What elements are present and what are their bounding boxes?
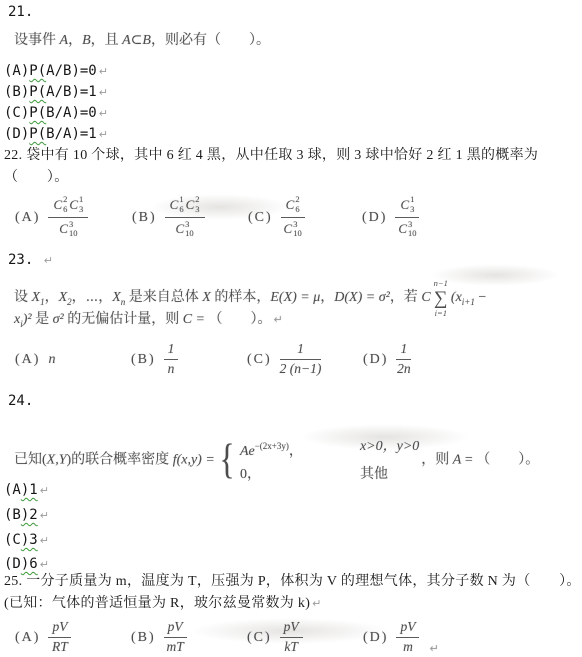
math-var: X	[112, 290, 121, 305]
q25-option-b: (B)pVmT	[131, 616, 187, 657]
combination-symbol: C310	[176, 220, 194, 240]
grammar-underline-text: )3	[21, 532, 38, 548]
q21-option-d: (D)P(B/A)=1↵	[4, 125, 108, 144]
stem-text: ，且	[91, 33, 123, 48]
combination-symbol: C13	[400, 195, 414, 215]
q24-number: 24.	[8, 392, 33, 411]
case-comma: ，	[289, 444, 303, 459]
math-var: A	[60, 33, 69, 48]
piecewise-function: {Ae−(2x+3y)，x>0，y>00，其他	[217, 437, 420, 484]
q21-number: 21.	[8, 3, 33, 22]
case-expression: 0，	[240, 465, 360, 484]
fraction-numerator: 1	[280, 341, 322, 359]
fraction-denominator: C310	[165, 218, 205, 240]
fraction: pVm	[396, 619, 419, 654]
q22-option-b: (B) C16C23 C310	[132, 190, 205, 244]
q22-stem-line1: 22. 袋中有 10 个球，其中 6 红 4 黑，从中任取 3 球，则 3 球中…	[4, 146, 538, 165]
stem-text: 设	[14, 290, 32, 305]
stem-text: 已知(	[14, 453, 47, 468]
option-body: A/B)=0	[46, 63, 97, 79]
q24-stem: 已知(X,Y)的联合概率密度 f(x,y) ={Ae−(2x+3y)，x>0，y…	[14, 437, 539, 484]
q25-stem-line2: (已知：气体的普适恒量为 R，玻尔兹曼常数为 k)↵	[4, 594, 322, 613]
math-expression: )²	[23, 312, 32, 327]
return-mark-icon: ↵	[99, 128, 108, 141]
summation-symbol: n−1∑i=1	[434, 279, 448, 317]
combination-symbol: C310	[59, 220, 77, 240]
fraction: 1n	[164, 341, 179, 376]
option-label: (A)	[15, 628, 40, 647]
question-number: 23.	[8, 252, 33, 268]
return-mark-icon: ↵	[40, 509, 49, 522]
option-prefix: (B	[4, 507, 21, 523]
q23-option-d: (D)12n	[363, 338, 411, 380]
combination-symbol: C13	[69, 195, 83, 215]
fraction-numerator: C13	[395, 195, 419, 218]
fraction: pVRT	[48, 619, 71, 654]
q22-stem-line2: （ ）。	[4, 168, 69, 187]
comb-base: C	[176, 221, 185, 237]
option-label: (B)	[131, 628, 156, 647]
option-body: A/B)=1	[46, 84, 97, 100]
fraction-numerator: pV	[280, 619, 303, 637]
combination-symbol: C16	[170, 195, 184, 215]
stem-text: )的联合概率密度	[67, 453, 173, 468]
comb-base: C	[186, 197, 195, 213]
return-mark-icon: ↵	[99, 107, 108, 120]
comb-sub: 3	[195, 205, 199, 215]
math-expression: A⊂B	[122, 33, 151, 48]
option-label: (A)	[15, 350, 40, 369]
comb-sub: 6	[295, 205, 299, 215]
fraction-denominator: RT	[48, 638, 71, 655]
fraction-denominator: mT	[164, 638, 187, 655]
q22-option-a: (A) C26C13 C310	[15, 190, 88, 244]
q21-option-c: (C)P(B/A)=0↵	[4, 104, 108, 123]
comb-base: C	[286, 197, 295, 213]
return-mark-icon: ↵	[274, 313, 283, 326]
fraction: pVkT	[280, 619, 303, 654]
q23-option-c: (C)12 (n−1)	[247, 338, 321, 380]
fraction-denominator: C310	[48, 218, 88, 240]
grammar-underline-text: )6	[21, 556, 38, 572]
fraction-denominator: C310	[395, 218, 419, 240]
return-mark-icon: ↵	[312, 597, 322, 610]
option-prefix: (C)	[4, 105, 29, 121]
fraction-numerator: 1	[396, 341, 411, 359]
q23-stem-line2: xi)² 是 σ² 的无偏估计量，则 C = （ ）。↵	[14, 310, 283, 334]
return-mark-icon: ↵	[40, 534, 49, 547]
q25-stem-line1: 25. 一分子质量为 m，温度为 T，压强为 P，体积为 V 的理想气体，其分子…	[4, 572, 581, 591]
subscript: i+1	[462, 297, 475, 307]
exam-document-page: 21. 设事件 A，B，且 A⊂B，则必有（ ）。 (A)P(A/B)=0↵ (…	[0, 0, 582, 657]
fraction-denominator: 2 (n−1)	[280, 360, 322, 377]
math-var: C	[421, 290, 430, 305]
case-condition: 其他	[360, 465, 388, 484]
math-var: X	[59, 290, 68, 305]
option-label: (B)	[131, 350, 156, 369]
option-prefix: (C	[4, 532, 21, 548]
comb-sub: 10	[69, 229, 78, 239]
stem-text: = （ ）。	[461, 453, 539, 468]
fraction: C26C13 C310	[48, 195, 88, 239]
stem-text: （ ）。	[209, 312, 272, 327]
sum-upper-limit: n−1	[434, 279, 448, 288]
math-expression: D(X) = σ²	[334, 290, 390, 305]
fraction-denominator: n	[164, 360, 179, 377]
fraction: 12 (n−1)	[280, 341, 322, 376]
fraction-numerator: pV	[396, 619, 419, 637]
math-var: X,Y	[47, 453, 67, 468]
option-prefix: (B)	[4, 84, 29, 100]
stem-text: ，	[45, 290, 59, 305]
return-mark-icon: ↵	[99, 65, 108, 78]
combination-symbol: C26	[286, 195, 300, 215]
return-mark-icon: ↵	[40, 558, 49, 571]
grammar-underline-text: )1	[21, 482, 38, 498]
stem-text: ，则必有（ ）。	[151, 33, 270, 48]
combination-symbol: C310	[398, 220, 416, 240]
math-expression: −	[475, 290, 486, 305]
math-expression: σ²	[53, 312, 64, 327]
comb-base: C	[53, 197, 62, 213]
fraction-numerator: C26C13	[48, 195, 88, 218]
q23-number: 23. ↵	[8, 251, 53, 270]
math-expression: C =	[183, 312, 209, 327]
case-expression: Ae	[240, 444, 255, 459]
left-brace: {	[219, 442, 234, 480]
fraction-numerator: 1	[164, 341, 179, 359]
q24-option-a: (A)1↵	[4, 481, 49, 500]
stem-text: ，若	[390, 290, 422, 305]
fraction: 12n	[396, 341, 411, 376]
stem-text: ，则	[421, 453, 453, 468]
math-var: B	[82, 33, 91, 48]
stem-text: 的无偏估计量，则	[64, 312, 183, 327]
comb-sub: 10	[185, 229, 194, 239]
stem-text: 的样本，	[211, 290, 271, 305]
sigma-icon: ∑	[434, 288, 448, 309]
math-var: X	[202, 290, 211, 305]
option-prefix: (A)	[4, 63, 29, 79]
comb-base: C	[170, 197, 179, 213]
q21-option-b: (B)P(A/B)=1↵	[4, 83, 108, 102]
math-var: X	[32, 290, 41, 305]
option-label: (D)	[363, 628, 388, 647]
comb-base: C	[69, 197, 78, 213]
stem-text: 是	[32, 312, 53, 327]
grammar-underline-text: )2	[21, 507, 38, 523]
fraction-denominator: 2n	[396, 360, 411, 377]
comb-sub: 3	[79, 205, 83, 215]
return-mark-icon: ↵	[429, 639, 438, 657]
grammar-underline-text: P(	[29, 84, 46, 100]
return-mark-icon: ↵	[99, 86, 108, 99]
option-label: (A)	[15, 208, 40, 227]
q23-option-b: (B)1n	[131, 338, 178, 380]
fraction-numerator: pV	[48, 619, 71, 637]
comb-sub: 10	[293, 229, 302, 239]
comb-base: C	[398, 221, 407, 237]
math-expression: E(X) = μ	[270, 290, 320, 305]
fraction-numerator: C16C23	[165, 195, 205, 218]
grammar-underline-text: P(	[29, 105, 46, 121]
fraction: C16C23 C310	[165, 195, 205, 239]
option-label: (D)	[363, 350, 388, 369]
fraction-denominator: C310	[281, 218, 305, 240]
option-prefix: (A	[4, 482, 21, 498]
fraction-denominator: kT	[280, 638, 303, 655]
fraction-numerator: pV	[164, 619, 187, 637]
fraction: pVmT	[164, 619, 187, 654]
sum-lower-limit: i=1	[435, 309, 447, 318]
q24-option-c: (C)3↵	[4, 531, 49, 550]
q23-option-a: (A)n	[15, 338, 55, 380]
option-label: (B)	[132, 208, 157, 227]
q22-option-c: (C) C26 C310	[248, 190, 305, 244]
grammar-underline-text: P(	[29, 126, 46, 142]
comb-base: C	[284, 221, 293, 237]
return-mark-icon: ↵	[44, 254, 53, 267]
comb-base: C	[400, 197, 409, 213]
q22-option-d: (D) C13 C310	[362, 190, 419, 244]
stem-text: (已知：气体的普适恒量为 R，玻尔兹曼常数为 k)	[4, 596, 310, 611]
stem-text: ，⋯，	[72, 290, 113, 305]
comb-sub: 6	[63, 205, 67, 215]
grammar-underline-text: P(	[29, 63, 46, 79]
fraction-numerator: C26	[281, 195, 305, 218]
comb-base: C	[59, 221, 68, 237]
fraction: C13 C310	[395, 195, 419, 239]
option-label: (C)	[247, 350, 272, 369]
option-prefix: (D)	[4, 126, 29, 142]
option-prefix: (D	[4, 556, 21, 572]
q21-stem: 设事件 A，B，且 A⊂B，则必有（ ）。	[14, 31, 270, 50]
option-label: (C)	[248, 208, 273, 227]
return-mark-icon: ↵	[40, 484, 49, 497]
combination-symbol: C23	[186, 195, 200, 215]
q21-option-a: (A)P(A/B)=0↵	[4, 62, 108, 81]
fraction: C26 C310	[281, 195, 305, 239]
combination-symbol: C310	[284, 220, 302, 240]
option-label: (C)	[247, 628, 272, 647]
math-expression: f(x,y) =	[173, 453, 215, 468]
exponent: −(2x+3y)	[255, 441, 289, 451]
q24-option-b: (B)2↵	[4, 506, 49, 525]
option-body: B/A)=1	[46, 126, 97, 142]
stem-text: ，	[320, 290, 334, 305]
comb-sub: 6	[179, 205, 183, 215]
option-body: B/A)=0	[46, 105, 97, 121]
stem-text: 是来自总体	[125, 290, 202, 305]
q25-option-a: (A)pVRT	[15, 616, 71, 657]
stem-text: 设事件	[14, 33, 60, 48]
fraction-denominator: m	[396, 638, 419, 655]
comb-sub: 3	[410, 205, 414, 215]
option-value: n	[48, 350, 55, 369]
combination-symbol: C26	[53, 195, 67, 215]
option-label: (D)	[362, 208, 387, 227]
stem-text: ，	[68, 33, 82, 48]
q25-option-c: (C)pVkT	[247, 616, 303, 657]
math-expression: (x	[451, 290, 462, 305]
case-condition: x>0，y>0	[360, 437, 419, 461]
comb-sub: 10	[408, 229, 417, 239]
q25-option-d: (D)pVm↵	[363, 616, 439, 657]
